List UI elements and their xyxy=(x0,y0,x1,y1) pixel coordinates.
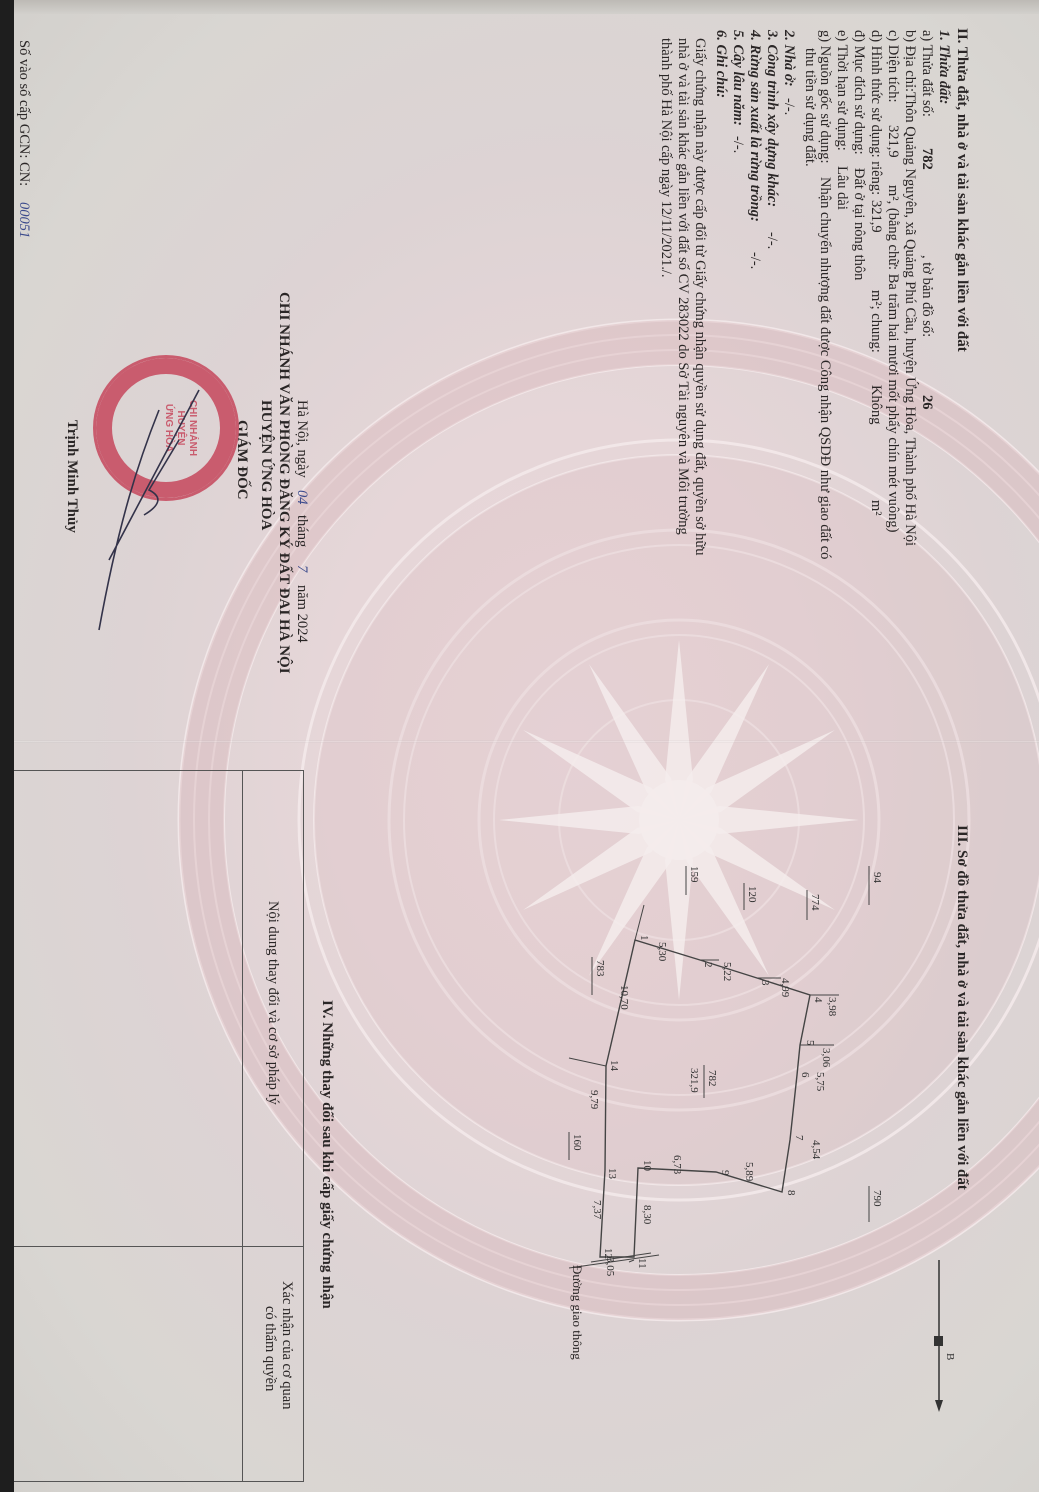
edge-length-label: 3,05 xyxy=(604,1257,616,1277)
vertex-label-4: 4 xyxy=(812,997,824,1003)
vertex-label-2: 2 xyxy=(702,962,714,968)
vertex-label-9: 9 xyxy=(719,1170,731,1176)
edge-length-label: 5,22 xyxy=(721,962,733,981)
changes-table: Nội dung thay đổi và cơ sở pháp lý Xác n… xyxy=(7,770,304,1482)
vertex-label-6: 6 xyxy=(799,1072,811,1078)
edge-length-label: 3,06 xyxy=(820,1048,832,1068)
neighbor-parcel-label: 159 xyxy=(688,866,700,883)
vertex-label-5: 5 xyxy=(804,1040,816,1046)
parcel-area-label: 321,9 xyxy=(688,1068,700,1093)
vertex-label-1: 1 xyxy=(638,935,650,941)
section4-title: IV. Những thay đổi sau khi cấp giấy chứn… xyxy=(319,1000,334,1309)
changes-table-divider xyxy=(8,1246,303,1247)
vertex-label-14: 14 xyxy=(608,1060,620,1072)
vertex-label-13: 13 xyxy=(606,1168,618,1180)
north-arrow-label: B xyxy=(944,1353,956,1360)
vertex-label-3: 3 xyxy=(759,980,771,986)
neighbor-parcel-label: 120 xyxy=(746,886,758,903)
changes-col-content: Nội dung thay đổi và cơ sở pháp lý xyxy=(264,901,281,1105)
edge-length-label: 9,79 xyxy=(588,1090,600,1110)
certificate-page: II. Thửa đất, nhà ở và tài sản khác gắn … xyxy=(0,0,1039,1492)
edge-length-label: 3,98 xyxy=(826,997,838,1017)
vertex-label-11: 11 xyxy=(636,1258,648,1269)
neighbor-parcel-label: 783 xyxy=(594,960,606,977)
edge-length-label: 5,30 xyxy=(656,942,668,962)
edge-length-label: 4,54 xyxy=(810,1140,822,1160)
parcel-id-label: 782 xyxy=(706,1070,718,1087)
neighbor-parcel-label: 94 xyxy=(871,872,883,884)
vertex-label-10: 10 xyxy=(641,1160,653,1172)
edge-length-label: 7,37 xyxy=(591,1200,603,1220)
changes-col-confirm-line2: có thẩm quyền xyxy=(261,1306,278,1391)
photo-background-edge xyxy=(0,0,14,1492)
road-label: Đường giao thông xyxy=(571,1265,584,1360)
edge-length-label: 6,73 xyxy=(671,1155,683,1175)
edge-length-label: 10,70 xyxy=(618,985,630,1010)
vertex-label-7: 7 xyxy=(793,1135,805,1141)
edge-length-label: 5,75 xyxy=(814,1072,826,1092)
neighbor-parcel-label: 790 xyxy=(871,1190,883,1207)
edge-length-label: 4,99 xyxy=(779,978,791,998)
edge-length-label: 8,30 xyxy=(641,1205,653,1225)
changes-col-confirm-line1: Xác nhận của cơ quan xyxy=(278,1281,295,1409)
edge-length-label: 5,89 xyxy=(743,1162,755,1182)
neighbor-parcel-label: 774 xyxy=(809,894,821,911)
vertex-label-8: 8 xyxy=(785,1190,797,1196)
neighbor-parcel-label: 160 xyxy=(571,1134,583,1151)
